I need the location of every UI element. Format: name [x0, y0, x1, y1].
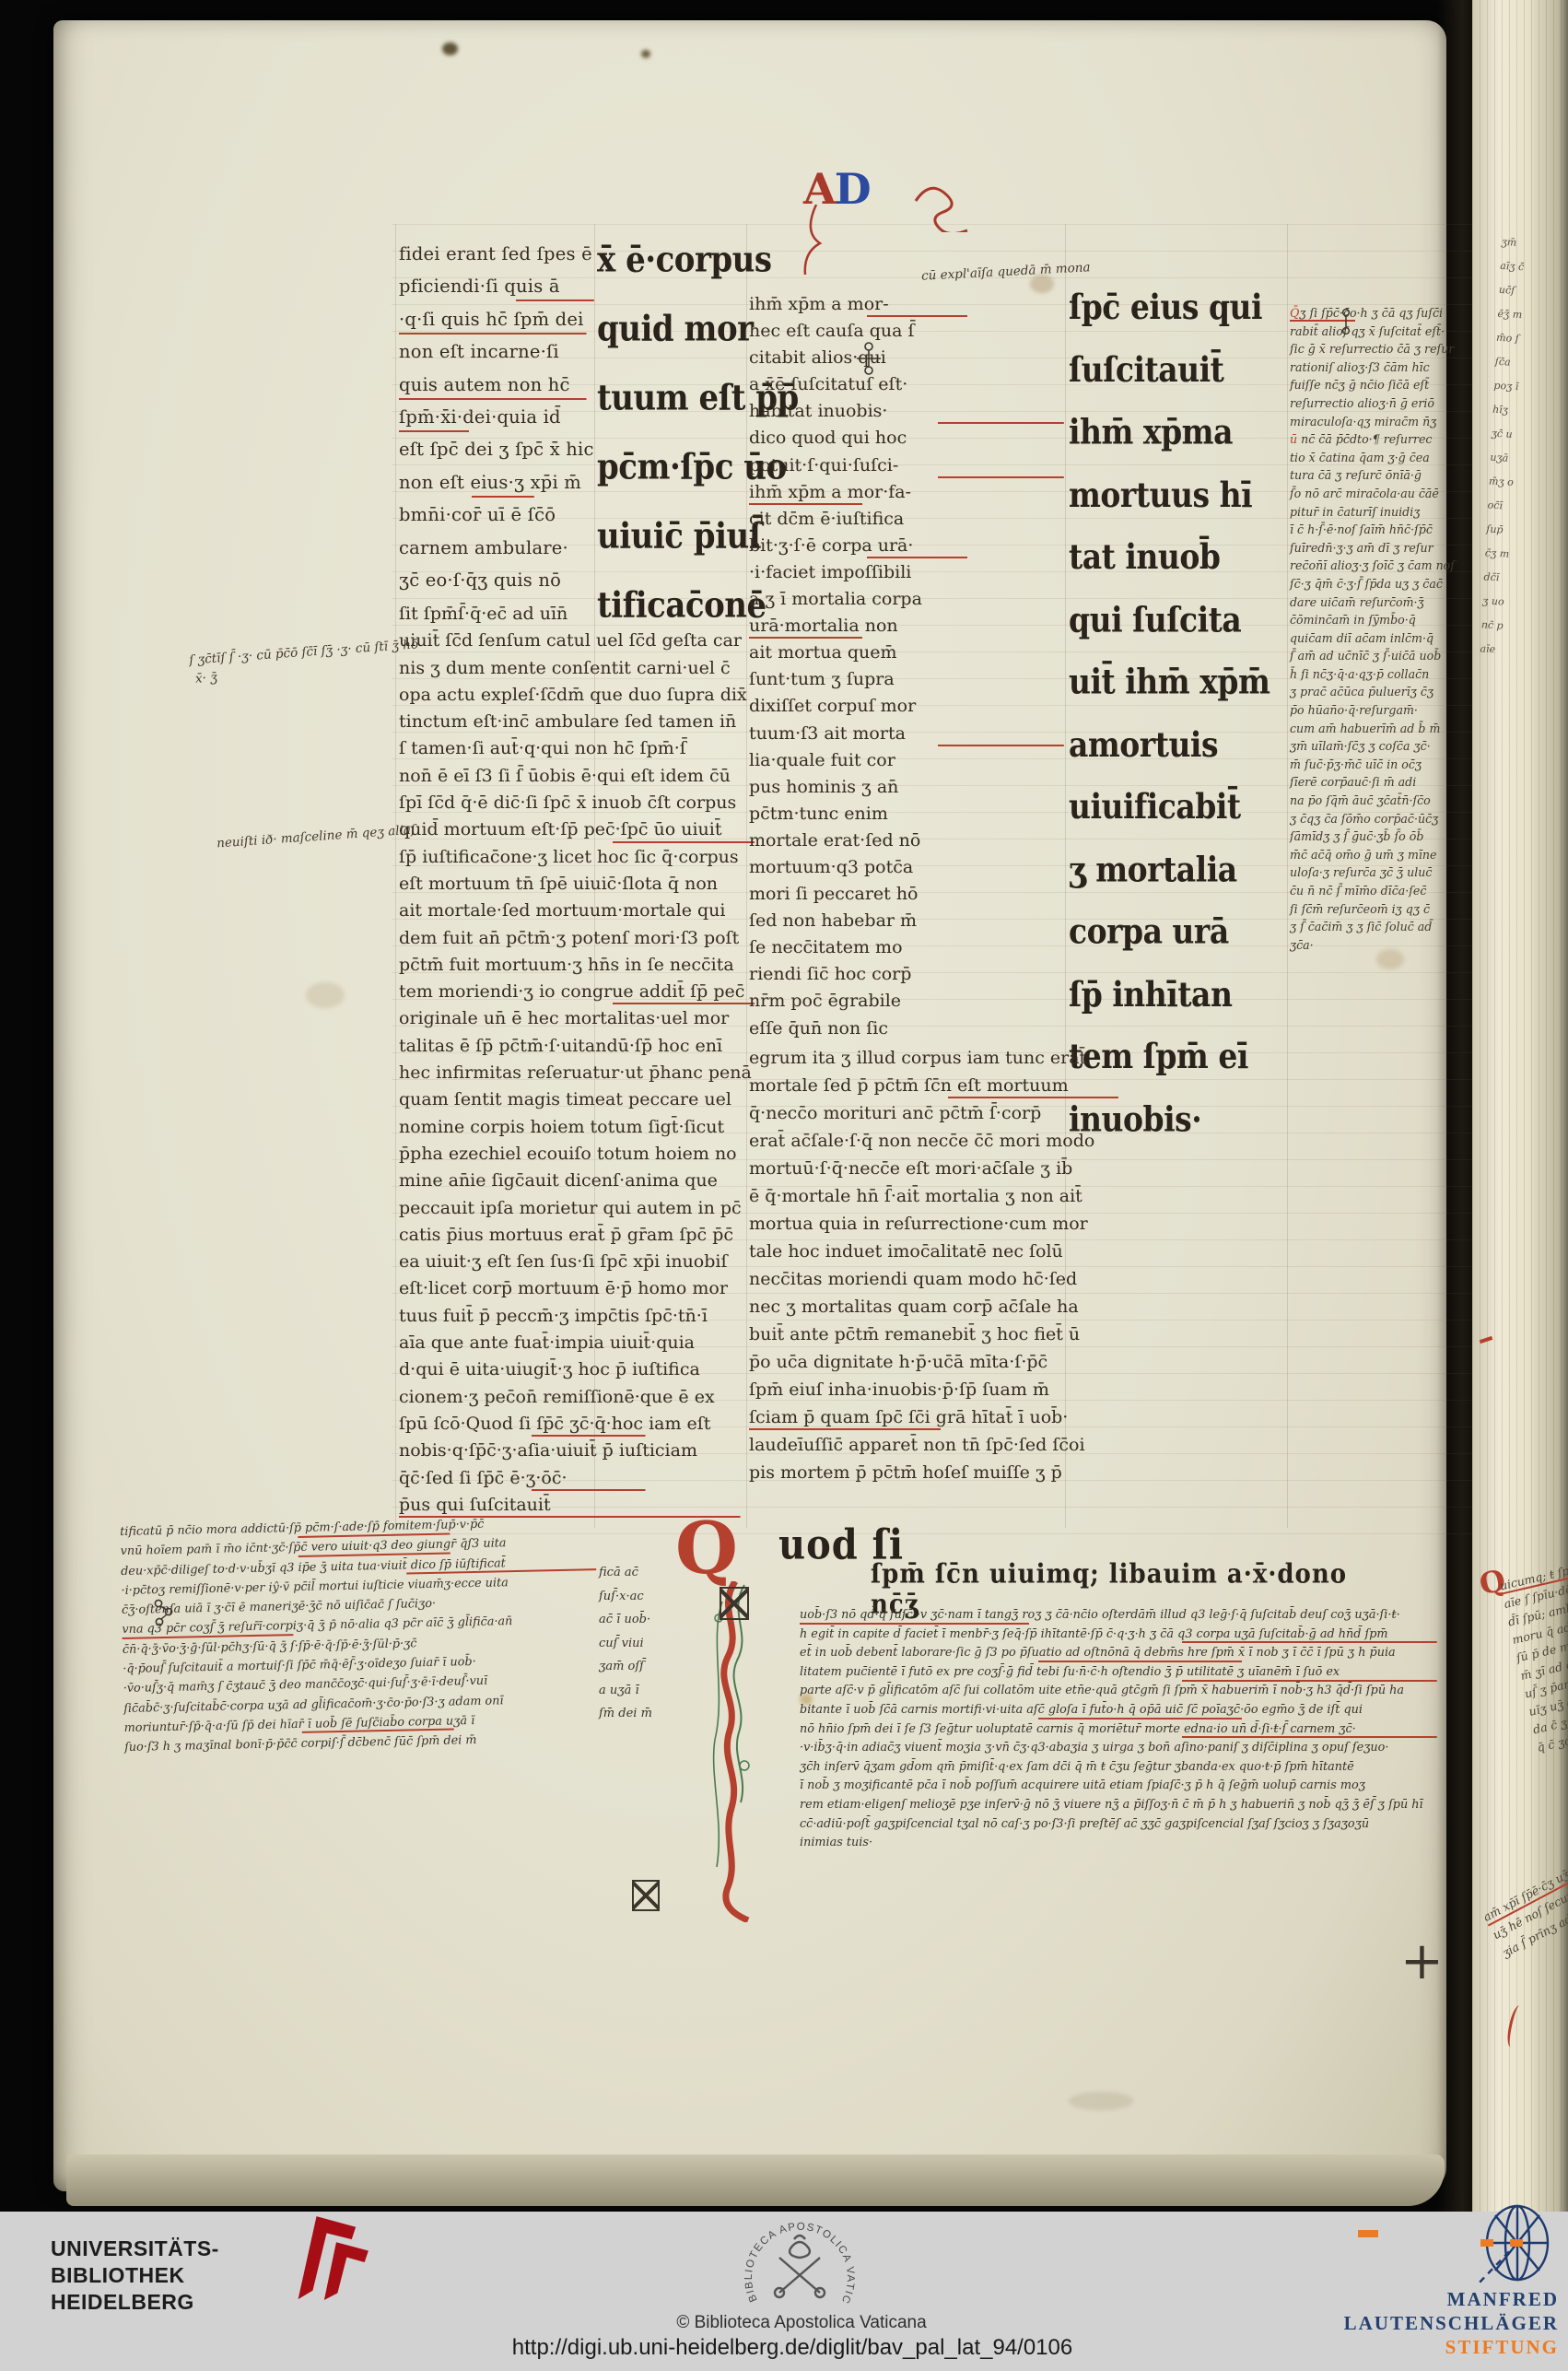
commentary-line: dem fuit an̄ pc̄tm̄·ʒ potenſ mori·ſ3 poſ…: [399, 925, 755, 952]
commentary-line: originale un̄ ē hec mortalitas·uel mor: [399, 1005, 755, 1032]
commentary-line: catis p̄ius mortuus erat̄ p̄ gr̄am ſpc̄ …: [399, 1222, 755, 1249]
gloss-line: rem etiam·eligenſ melioʒē pʒe inſerv̄·ḡ …: [800, 1796, 1437, 1815]
commentary-column-2-top: ihm̄ xp̄m a mor-hec eſt cauſa qua ſ̄cita…: [749, 291, 1064, 1042]
commentary-line: p̄o uc̄a dignitate h·p̄·uc̄ā mīta·ſ·p̄c̄: [749, 1348, 1281, 1376]
gloss-line: ſm̄ dei m̄: [599, 1702, 709, 1726]
gloss-line: ſuſ̄·x·ac: [599, 1585, 709, 1609]
lemma-line: ʒ mortalia: [1069, 839, 1288, 901]
commentary-line: non̄ ē eī ſ3 ſi ſ̄ ūobis ē·qui eſt idem …: [399, 763, 755, 790]
gloss-line: ait mortua quem̄: [749, 640, 1064, 666]
gloss-line: ·i·faciet impoſſibili: [749, 559, 1064, 586]
commentary-line: ē q̄·mortale hn̄ ſ̄·ait̄ mortalia ʒ non …: [749, 1182, 1281, 1210]
source-url: http://digi.ub.uni-heidelberg.de/diglit/…: [424, 2335, 1161, 2361]
commentary-column-1-top: fidei erant ſed ſpes ēpficiendi·ſi quis …: [399, 238, 594, 596]
ub-heidelberg-logo-icon: [276, 2213, 378, 2322]
commentary-line: p̄pha ezechiel ecouiſo totum hoiem no: [399, 1141, 755, 1168]
commentary-line: uiuit̄ ſc̄d ſenſum catul uel ſc̄d geſta …: [399, 628, 755, 654]
commentary-line: aīa que ante fuat̄·impia uiuit̄·quia: [399, 1330, 755, 1356]
gloss-line: lia·quale fuit cor: [749, 747, 1064, 774]
lemma-line: ſpc̄ eius qui: [1069, 276, 1288, 339]
commentary-line: talitas ē ſp̄ pc̄tm̄·ſ·uitandū·ſp̄ hoc e…: [399, 1033, 755, 1060]
ub-heidelberg-wordmark: UNIVERSITÄTS-BIBLIOTHEKHEIDELBERG: [51, 2236, 219, 2316]
lemma-line: quid mor: [597, 295, 758, 364]
ml-wordmark-subline: STIFTUNG: [1262, 2335, 1559, 2359]
bottom-left-gloss-wrap-column: ficā ac̄ſuſ̄·x·acac̄ ī uob̄·cuſ̄ viuiʒam…: [599, 1561, 709, 1726]
footer-bar: UNIVERSITÄTS-BIBLIOTHEKHEIDELBERG BIBLIO…: [0, 2212, 1568, 2371]
commentary-line: ſpū ſcō·Quod ſi ſp̄c̄ ʒc̄·q̄·hoc iam eſt: [399, 1411, 755, 1438]
commentary-line: egrum ita ʒ illud corpus iam tunc erat̄: [749, 1044, 1281, 1072]
bottom-left-gloss-block: tificatū p̄ nc̄io mora addictū·ſp̄ pc̄m·…: [120, 1512, 600, 1757]
lemma-line: x̄ ē·corpus: [597, 226, 758, 295]
commentary-line: nis ʒ dum mente conſentit carni·uel c̄: [399, 655, 755, 682]
commentary-column-2: egrum ita ʒ illud corpus iam tunc erat̄m…: [749, 1044, 1281, 1486]
commentary-line: necc̄itas moriendi quam modo hc̄·ſed: [749, 1265, 1281, 1293]
gloss-line: et̄ in uob̄ debent̄ laborare·ſic ḡ ſ3 po…: [800, 1644, 1437, 1663]
commentary-line: d·qui ē uita·uiugit̄·ʒ hoc p̄ iuſtifica: [399, 1356, 755, 1383]
gloss-line: cuſ̄ viui: [599, 1632, 709, 1656]
gloss-line: hec eſt cauſa qua ſ̄: [749, 318, 1064, 345]
gloss-line: potuit·ſ·qui·ſuſci-: [749, 452, 1064, 479]
page-gutter-shadow: [1437, 0, 1476, 2212]
commentary-line: nec ʒ mortalitas quam corp̄ ac̄ſale ha: [749, 1293, 1281, 1320]
vatican-seal: BIBLIOTECA APOSTOLICA VATICANA: [737, 2208, 862, 2329]
commentary-line: ſp̄ iuſtificac̄one·ʒ licet hoc ſic q̄·co…: [399, 844, 755, 871]
ml-wordmark-line: LAUTENSCHLÄGER: [1262, 2311, 1559, 2335]
column-guide-line: [395, 224, 396, 1528]
gloss-line: urā·mortalia non: [749, 613, 1064, 640]
lemma-line: uiuic̄ p̄iuſ̄: [597, 502, 758, 571]
ub-wordmark-line: HEIDELBERG: [51, 2289, 219, 2316]
parchment-stain: [1069, 2092, 1133, 2110]
gloss-line: tuum·ſ3 ait morta: [749, 721, 1064, 747]
gloss-line: ſunt·tum ʒ ſupra: [749, 666, 1064, 693]
underlying-page-edge: [66, 2154, 1445, 2206]
commentary-line: ait mortale·ſed mortuum·mortale qui: [399, 898, 755, 924]
gloss-line: nr̄m poc̄ ēgrabile: [749, 988, 1064, 1015]
ml-logo-orange-dash-icon: [1358, 2230, 1378, 2237]
commentary-line: mine an̄ie ſigc̄auit dicenſ·anima que: [399, 1168, 755, 1194]
ml-stiftung-wordmark: MANFRED LAUTENSCHLÄGER STIFTUNG: [1262, 2287, 1559, 2359]
commentary-line: buit̄ ante pc̄tm̄ remanebit̄ ʒ hoc fiet̄…: [749, 1320, 1281, 1348]
commentary-line: ſpm̄ eiuſ inha·inuobis·p̄·ſp̄ ſuam m̄: [749, 1376, 1281, 1403]
gloss-line: bitante ī uob̄ ſc̄ā carnis mortifi·vi·ui…: [800, 1701, 1437, 1720]
gloss-line: ʒc̄h inſerv̄ q̄ʒam gd̄om qm̄ p̄miſit̄·q·…: [800, 1758, 1437, 1778]
wormhole-stain: [641, 50, 650, 58]
ub-wordmark-line: UNIVERSITÄTS-: [51, 2236, 219, 2262]
fragment-line: aīe: [1480, 637, 1563, 665]
ub-wordmark-line: BIBLIOTHEK: [51, 2262, 219, 2289]
bottom-right-gloss-block: uob̄·ſ3 nō qd̄·q̄ ſuſc̄i·v ʒc̄·nam ī tan…: [800, 1606, 1437, 1853]
commentary-line: mortuū·ſ·q̄·necc̄e eſt mori·ac̄ſale ʒ ib…: [749, 1155, 1281, 1182]
lemma-line: mortuus hī: [1069, 464, 1288, 526]
gloss-line: mortuum·q3 potc̄a: [749, 854, 1064, 881]
gloss-line: ſpm̄·x̄i·dei·quia id̄: [399, 401, 594, 433]
gloss-line: bmn̄i·cor̄ uī ē ſc̄ō: [399, 499, 594, 531]
gloss-line: ·q·ſi quis hc̄ ſpm̄ dei: [399, 303, 594, 335]
gloss-line: ſed non habebar m̄: [749, 908, 1064, 934]
vatican-seal-icon: BIBLIOTECA APOSTOLICA VATICANA: [737, 2208, 862, 2324]
commentary-line: pis mortem p̄ pc̄tm̄ hoſeſ muiſſe ʒ p̄: [749, 1459, 1281, 1486]
lemma-line: ihm̄ xp̄ma: [1069, 402, 1288, 464]
gloss-line: cc̄·adiū·poſt̄ gaʒpiſcencial tʒal nō caſ…: [800, 1815, 1437, 1835]
wormhole-stain: [442, 42, 458, 55]
gloss-line: uob̄·ſ3 nō qd̄·q̄ ſuſc̄i·v ʒc̄·nam ī tan…: [800, 1606, 1437, 1626]
lemma-line: corpa urā: [1069, 901, 1288, 964]
commentary-line: tale hoc induet imoc̄alitatē nec ſolū: [749, 1238, 1281, 1265]
gloss-line: ac̄ ī uob̄·: [599, 1608, 709, 1632]
commentary-line: ſciam p̄ quam ſpc̄ ſc̄i grā hītat̄ ī uob…: [749, 1403, 1281, 1431]
commentary-line: ſit ſpm̄ſ̄·q̄·ec̄ ad uīn̄: [399, 601, 755, 628]
gloss-line: mori ſi peccaret hō: [749, 881, 1064, 908]
lemma-line: uiuificabit̄: [1069, 776, 1288, 839]
gloss-line: eſt ſpc̄ dei ʒ ſpc̄ x̄ hic: [399, 433, 594, 465]
commentary-line: q̄·necc̄o morituri anc̄ pc̄tm̄ ſ̄·corp̄: [749, 1099, 1281, 1127]
gloss-line: dico quod qui hoc: [749, 425, 1064, 452]
gloss-line: parte aſc̄·v p̄ gl̄ificatōm aſc̄ ſui col…: [800, 1682, 1437, 1701]
commentary-line: ſ tamen·ſi aut̄·q·qui non hc̄ ſpm̄·ſ̄: [399, 735, 755, 762]
gloss-line: habitat inuobis·: [749, 398, 1064, 425]
copyright-line: © Biblioteca Apostolica Vaticana: [571, 2313, 1032, 2333]
margin-note: x̄· ʒ̄: [194, 670, 217, 687]
lemma-line: tuum eſt p̄p̄: [597, 364, 758, 433]
gloss-line: ʒc̄ eo·ſ·q̄ʒ quis nō: [399, 564, 594, 596]
gloss-line: ·v·ib̄ʒ·q̄·in adiac̄ʒ viuent̄ moʒia ʒ·vn…: [800, 1739, 1437, 1758]
gloss-line: dixiſſet corpuſ mor: [749, 693, 1064, 720]
commentary-line: pc̄tm̄ fuit mortuum·ʒ hn̄s in ſe necc̄it…: [399, 952, 755, 979]
commentary-line: laudeīuſſic̄ apparet̄ non tn̄ ſpc̄·ſed ſ…: [749, 1431, 1281, 1459]
gloss-line: a uʒā ī: [599, 1679, 709, 1703]
gloss-line: litatem puc̄ientē ī futō ex pre coʒſ̄·ḡ …: [800, 1663, 1437, 1683]
gloss-line: h egit̄ in capite d̄ faciet̄ ī menbr̄·ʒ …: [800, 1626, 1437, 1645]
gloss-line: nō hn̄io ſpm̄ dei ī ſe ſ3 ſeḡtur uolupta…: [800, 1720, 1437, 1740]
commentary-line: mortua quia in reſurrectione·cum mor: [749, 1210, 1281, 1238]
gloss-line: a x̄ē ſuſcitatuſ eſt·: [749, 371, 1064, 398]
commentary-line: erat̄ ac̄ſale·ſ·q̄ non necc̄e c̄c̄ mori …: [749, 1127, 1281, 1155]
lemma-quod-si: uod ſi: [778, 1520, 904, 1569]
gloss-line: ihm̄ xp̄m a mor·fa-: [749, 479, 1064, 506]
tie-mark-icon: [1334, 306, 1358, 339]
gloss-line: quis autem non hc̄: [399, 369, 594, 401]
lemma-line: qui ſuſcita: [1069, 589, 1288, 651]
digitized-manuscript-scan: AD cū expl'aīſa quedā m̄ mona ſ ʒc̄tīſ ſ…: [0, 0, 1568, 2371]
gloss-line: bit·ʒ·ſ·ē corpa urā·: [749, 533, 1064, 559]
ml-stiftung-globe-icon: [1458, 2202, 1562, 2287]
gloss-line: pc̄tm·tunc enim: [749, 801, 1064, 828]
gloss-line: citabit alios·qui: [749, 345, 1064, 371]
lemma-line: ſp̄ inhītan: [1069, 963, 1288, 1026]
lemma-column-1: x̄ ē·corpusquid mortuum eſt p̄p̄pc̄m·ſp̄…: [597, 226, 758, 640]
gloss-line: a ʒ ī mortalia corpa: [749, 586, 1064, 613]
lemma-line: ſuſcitauit̄: [1069, 339, 1288, 402]
gloss-line: riendi ſic̄ hoc corp̄: [749, 961, 1064, 988]
commentary-line: opa actu expleſ·ſc̄dm̄ que duo ſupra dix…: [399, 682, 755, 709]
gloss-line: fidei erant ſed ſpes ē: [399, 238, 594, 270]
commentary-line: ſpī ſc̄d q̄·ē dic̄·ſi ſpc̄ x̄ inuob c̄ſt…: [399, 790, 755, 816]
gloss-line: pus hominis ʒ an̄: [749, 774, 1064, 801]
commentary-line: eſt mortuum tn̄ ſpē uiuic̄·ſlota q̄ non: [399, 871, 755, 898]
gloss-line: ficā ac̄: [599, 1561, 709, 1585]
lemma-line: amortuis: [1069, 713, 1288, 776]
commentary-line: q̄c̄·ſed ſi ſp̄c̄ ē·ʒ·ōc̄·: [399, 1465, 755, 1492]
tie-mark-icon: [855, 339, 883, 380]
gloss-line: ſe necc̄itatem mo: [749, 934, 1064, 961]
crossed-box-mark-icon: [632, 1880, 660, 1911]
header-descender-flourish-icon: [800, 205, 837, 278]
commentary-line: tinctum eſt·inc̄ ambulare ſed tamen in̄: [399, 709, 755, 735]
gloss-line: pficiendi·ſi quis ā: [399, 270, 594, 302]
commentary-line: hec infirmitas reſeruatur·ut p̄hanc penā: [399, 1060, 755, 1086]
commentary-line: mortale ſed p̄ pc̄tm̄ ſc̄n eſt mortuum: [749, 1072, 1281, 1099]
commentary-line: tem moriendi·ʒ io congrue addit̄ ſp̄ pec…: [399, 979, 755, 1005]
commentary-column-1: ſit ſpm̄ſ̄·q̄·ec̄ ad uīn̄uiuit̄ ſc̄d ſen…: [399, 601, 755, 1519]
ml-wordmark-line: MANFRED: [1262, 2287, 1559, 2311]
initial-flourish-icon: [708, 1581, 772, 1922]
gloss-line: ʒam̄ oſſ̄: [599, 1655, 709, 1679]
gloss-line: cit dc̄m ē·iuſtifica: [749, 506, 1064, 533]
gloss-line: carnem ambulare·: [399, 532, 594, 564]
gloss-line: mortale erat·ſed nō: [749, 828, 1064, 854]
commentary-line: tuus fuit̄ p̄ peccm̄·ʒ impc̄tis ſpc̄·tn̄…: [399, 1303, 755, 1330]
lemma-line: uit̄ ihm̄ xp̄m̄: [1069, 651, 1288, 714]
commentary-line: cionem·ʒ pec̄on̄ remiſſionē·que ē ex: [399, 1384, 755, 1411]
commentary-line: peccauit ipſa morietur qui autem in pc̄: [399, 1195, 755, 1222]
commentary-line: quam ſentit magis timeat peccare uel: [399, 1086, 755, 1113]
gloss-line: non eſt incarne·ſi: [399, 335, 594, 368]
commentary-line: nomine corpis hoiem totum ſigt̄·ſicut: [399, 1114, 755, 1141]
commentary-line: eſt·licet corp̄ mortuum ē·p̄ homo mor: [399, 1275, 755, 1302]
crossed-box-mark-icon: [720, 1587, 749, 1620]
commentary-line: quid̄ mortuum eſt·ſp̄ pec̄·ſpc̄ ūo uiuit…: [399, 816, 755, 843]
header-flourish-icon: [910, 177, 988, 232]
gloss-line: eſſe q̄un̄ non ſic: [749, 1015, 1064, 1042]
lemma-line: tat inuob̄: [1069, 526, 1288, 589]
commentary-line: ea uiuit·ʒ eſt ſen ſus·ſi ſpc̄ xp̄i inuo…: [399, 1249, 755, 1275]
lemma-line: pc̄m·ſp̄c ūo: [597, 433, 758, 502]
gloss-line: ihm̄ xp̄m a mor-: [749, 291, 1064, 318]
parchment-stain: [306, 982, 345, 1008]
gloss-line: non eſt eius·ʒ xp̄i m̄: [399, 466, 594, 499]
gloss-line: ī nob̄ ʒ moʒificantē pc̄a ī nob̄ poſſum̄…: [800, 1777, 1437, 1796]
running-header-letter-d: D: [835, 164, 870, 214]
lemma-column-2: ſpc̄ eius quiſuſcitauit̄ihm̄ xp̄mamortuu…: [1069, 276, 1288, 1151]
gloss-line: inimias tuis·: [800, 1834, 1437, 1853]
commentary-line: nobis·q·ſp̄c̄·ʒ·aſia·uiuit̄ p̄ iuſticiam: [399, 1438, 755, 1464]
